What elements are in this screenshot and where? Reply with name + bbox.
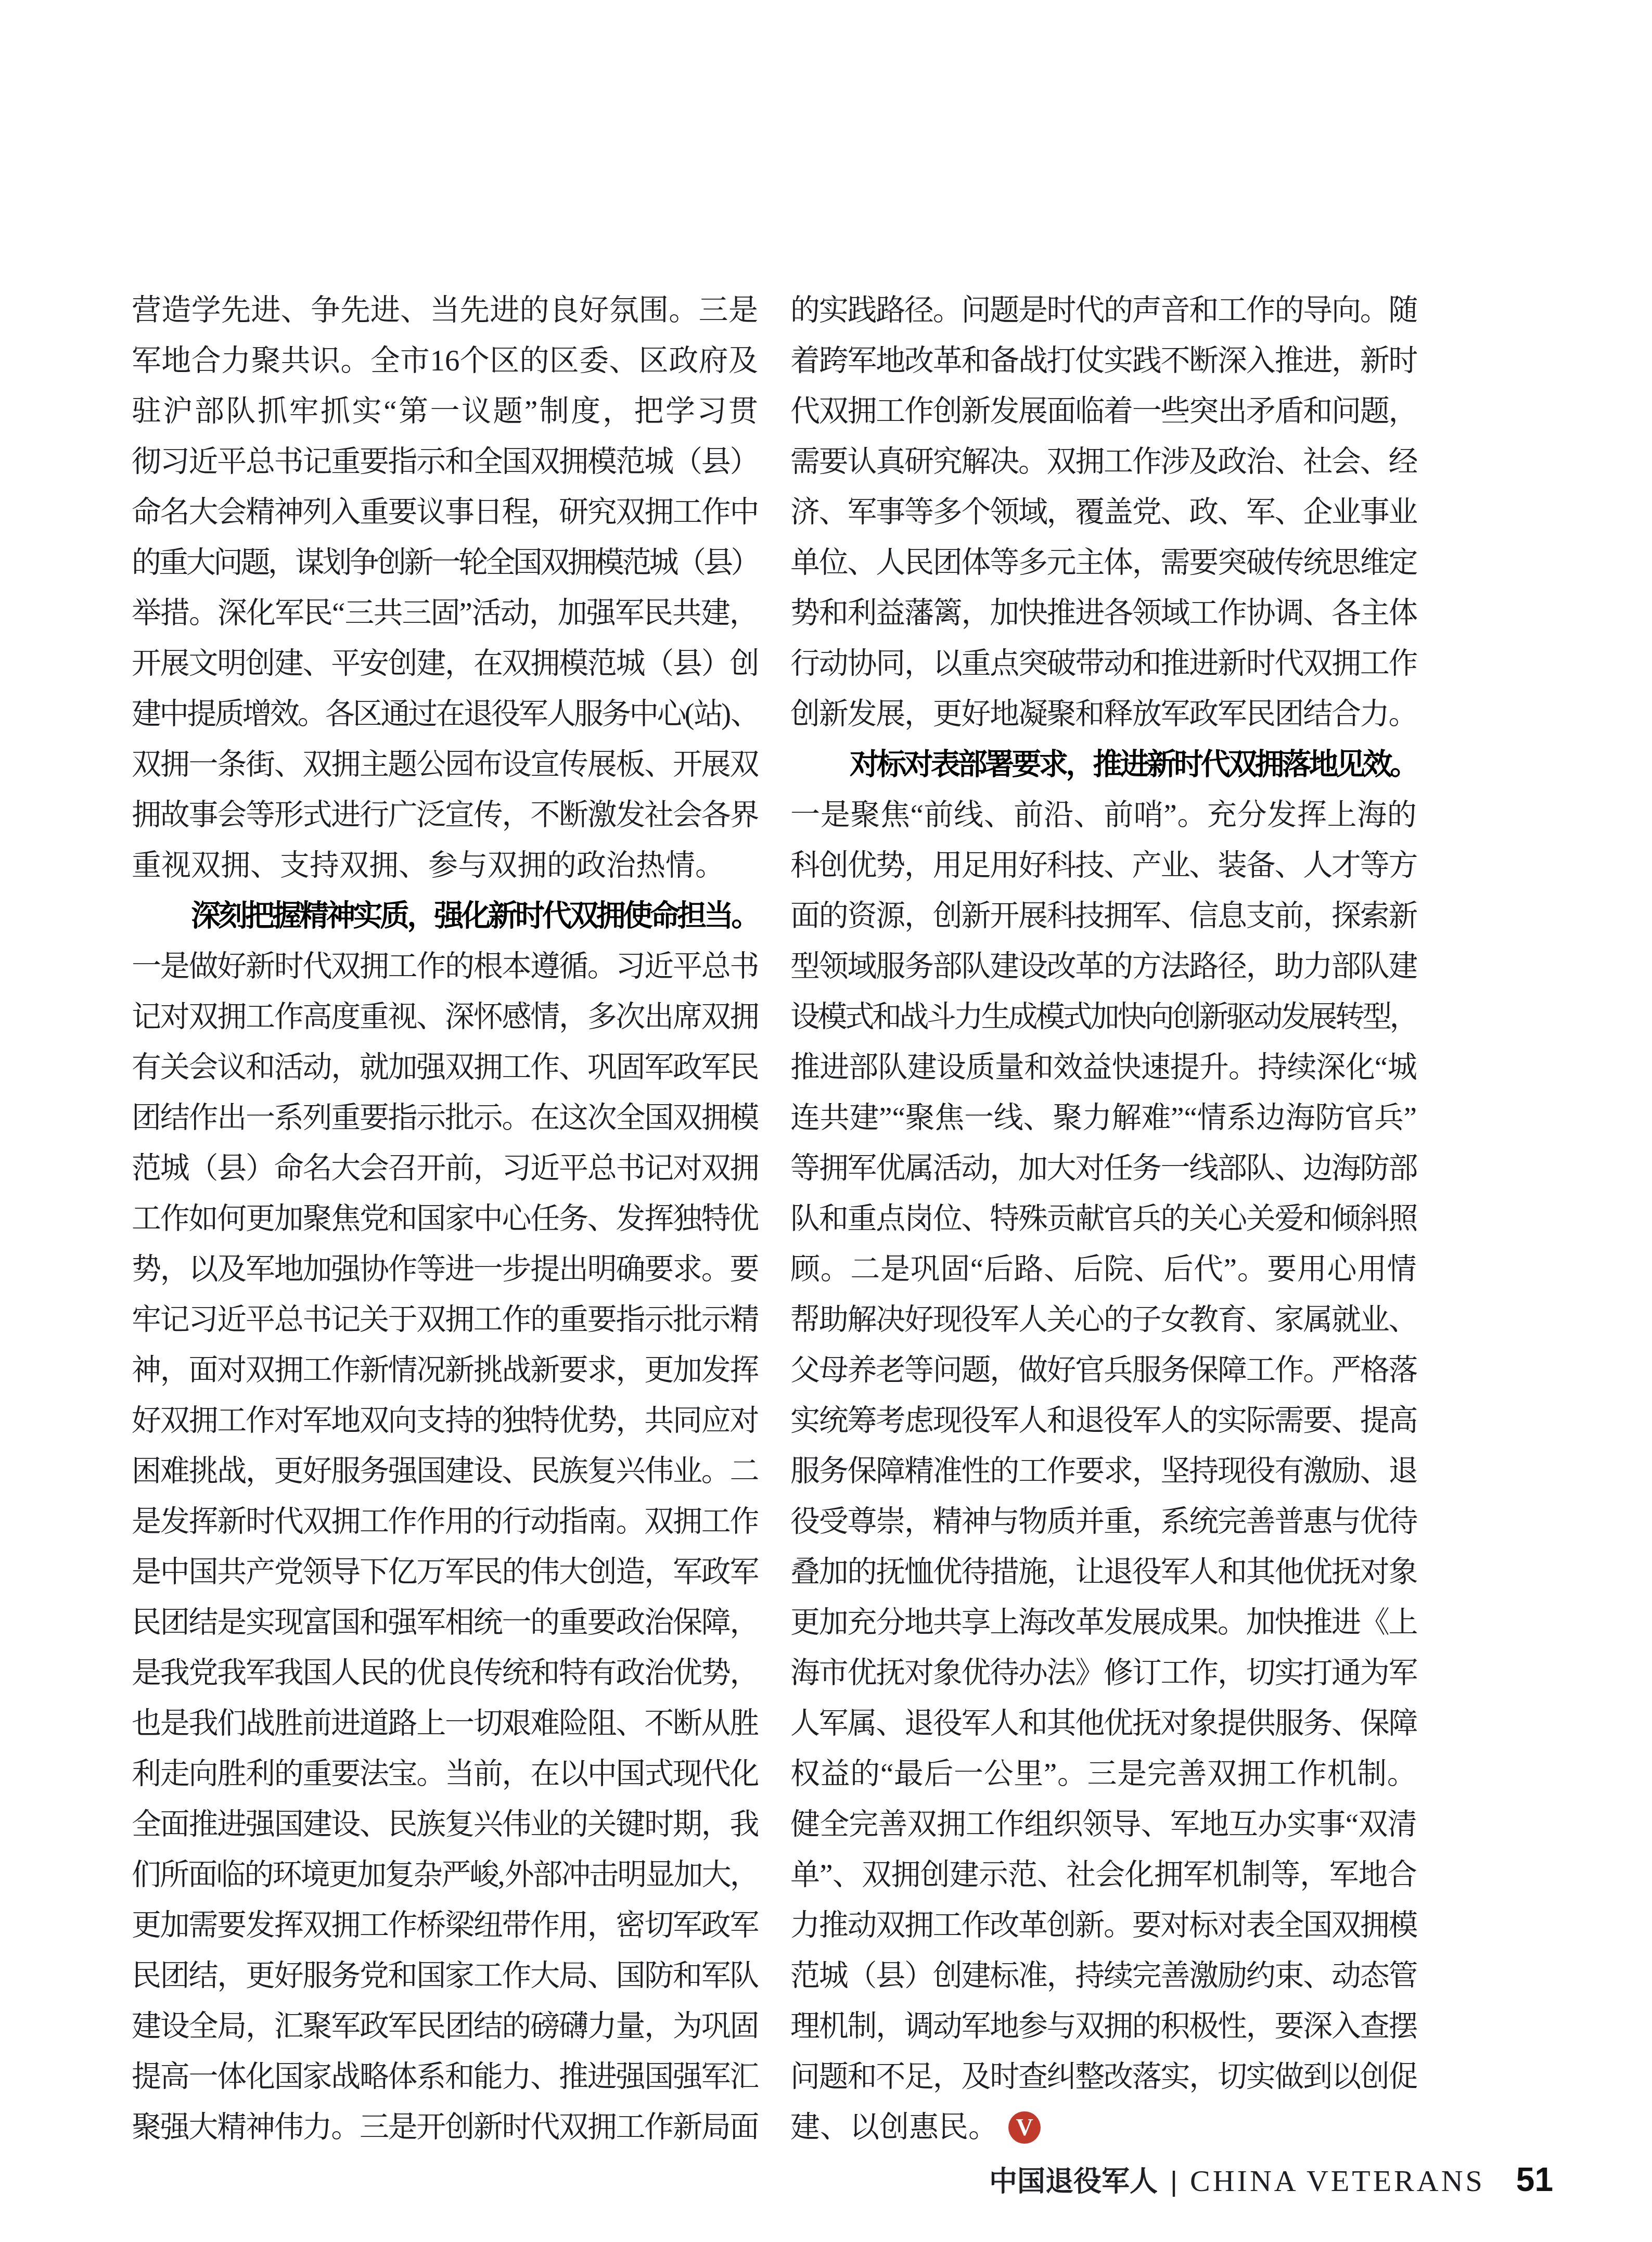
body-text-line: 问题和不足，及时查纠整改落实，切实做到以创促: [790, 2052, 1417, 2102]
body-text-line: 健全完善双拥工作组织领导、军地互办实事“双清: [790, 1799, 1417, 1850]
body-text-line: 理机制，调动军地参与双拥的积极性，要深入查摆: [790, 2001, 1417, 2052]
paragraph-lead-heading-line: 对标对表部署要求，推进新时代双拥落地见效。: [790, 739, 1417, 790]
body-text-line: 双拥一条街、双拥主题公园布设宣传展板、开展双: [132, 739, 758, 790]
magazine-title-en: CHINA VETERANS: [1190, 2163, 1485, 2198]
body-text-line: 实统筹考虑现役军人和退役军人的实际需要、提高: [790, 1395, 1417, 1446]
body-text-line: 是发挥新时代双拥工作作用的行动指南。双拥工作: [132, 1496, 758, 1547]
body-text-line: 重视双拥、支持双拥、参与双拥的政治热情。: [132, 840, 758, 891]
body-text-line: 民团结，更好服务党和国家工作大局、国防和军队: [132, 1951, 758, 2001]
body-text-line: 是中国共产党领导下亿万军民的伟大创造，军政军: [132, 1547, 758, 1597]
body-text-line: 全面推进强国建设、民族复兴伟业的关键时期，我: [132, 1799, 758, 1850]
body-text-line: 科创优势，用足用好科技、产业、装备、人才等方: [790, 840, 1417, 891]
body-text-line: 也是我们战胜前进道路上一切艰难险阻、不断从胜: [132, 1698, 758, 1749]
article-column-right: 的实践路径。问题是时代的声音和工作的导向。随着跨军地改革和备战打仗实践不断深入推…: [790, 285, 1417, 2153]
body-text-line: 神，面对双拥工作新情况新挑战新要求，更加发挥: [132, 1345, 758, 1395]
body-text-line: 力推动双拥工作改革创新。要对标对表全国双拥模: [790, 1900, 1417, 1951]
body-text-line: 需要认真研究解决。双拥工作涉及政治、社会、经: [790, 437, 1417, 487]
body-text-line: 举措。深化军民“三共三固”活动，加强军民共建，: [132, 588, 758, 638]
body-text-line: 聚强大精神伟力。三是开创新时代双拥工作新局面: [132, 2102, 758, 2153]
body-text-line: 困难挑战，更好服务强国建设、民族复兴伟业。二: [132, 1446, 758, 1496]
magazine-page: 营造学先进、争先进、当先进的良好氛围。三是军地合力聚共识。全市16个区的区委、区…: [0, 0, 1652, 2242]
body-text-line: 军地合力聚共识。全市16个区的区委、区政府及: [132, 336, 758, 386]
body-text-line: 人军属、退役军人和其他优抚对象提供服务、保障: [790, 1698, 1417, 1749]
body-text-line: 父母养老等问题，做好官兵服务保障工作。严格落: [790, 1345, 1417, 1395]
body-text-line: 牢记习近平总书记关于双拥工作的重要指示批示精: [132, 1295, 758, 1345]
body-text-line: 面的资源，创新开展科技拥军、信息支前，探索新: [790, 891, 1417, 941]
body-text-line: 营造学先进、争先进、当先进的良好氛围。三是: [132, 285, 758, 336]
footer-separator: |: [1170, 2166, 1177, 2198]
body-text-line: 驻沪部队抓牢抓实“第一议题”制度，把学习贯: [132, 386, 758, 437]
body-text-line: 推进部队建设质量和效益快速提升。持续深化“城: [790, 1042, 1417, 1093]
body-text-line: 设模式和战斗力生成模式加快向创新驱动发展转型，: [790, 992, 1417, 1042]
body-text-line: 们所面临的环境更加复杂严峻,外部冲击明显加大，: [132, 1850, 758, 1900]
body-text-line: 型领域服务部队建设改革的方法路径，助力部队建: [790, 941, 1417, 992]
page-footer: 中国退役军人 | CHINA VETERANS 51: [989, 2159, 1553, 2199]
body-text-line: 代双拥工作创新发展面临着一些突出矛盾和问题，: [790, 386, 1417, 437]
body-text-line: 是我党我军我国人民的优良传统和特有政治优势，: [132, 1648, 758, 1698]
body-text-line: 范城（县）创建标准，持续完善激励约束、动态管: [790, 1951, 1417, 2001]
body-text-line: 建中提质增效。各区通过在退役军人服务中心(站)、: [132, 689, 758, 739]
body-text-line: 势和利益藩篱，加快推进各领域工作协调、各主体: [790, 588, 1417, 638]
body-text-line: 海市优抚对象优待办法》修订工作，切实打通为军: [790, 1648, 1417, 1698]
body-text-line: 行动协同，以重点突破带动和推进新时代双拥工作: [790, 638, 1417, 689]
body-text-line: 拥故事会等形式进行广泛宣传，不断激发社会各界: [132, 790, 758, 840]
body-text-line: 队和重点岗位、特殊贡献官兵的关心关爱和倾斜照: [790, 1194, 1417, 1244]
body-text-line: 建、以创惠民。V: [790, 2102, 1417, 2153]
body-text-line: 单”、双拥创建示范、社会化拥军机制等，军地合: [790, 1850, 1417, 1900]
body-text-line: 济、军事等多个领域，覆盖党、政、军、企业事业: [790, 487, 1417, 537]
body-text-line: 一是做好新时代双拥工作的根本遵循。习近平总书: [132, 941, 758, 992]
body-text-line: 好双拥工作对军地双向支持的独特优势，共同应对: [132, 1395, 758, 1446]
body-text-line: 范城（县）命名大会召开前，习近平总书记对双拥: [132, 1143, 758, 1194]
body-text-line: 等拥军优属活动，加大对任务一线部队、边海防部: [790, 1143, 1417, 1194]
body-text-line: 更加充分地共享上海改革发展成果。加快推进《上: [790, 1597, 1417, 1648]
body-text-line: 帮助解决好现役军人关心的子女教育、家属就业、: [790, 1295, 1417, 1345]
body-text-line: 着跨军地改革和备战打仗实践不断深入推进，新时: [790, 336, 1417, 386]
body-text-line: 权益的“最后一公里”。三是完善双拥工作机制。: [790, 1749, 1417, 1799]
body-text-line: 的重大问题，谋划争创新一轮全国双拥模范城（县）: [132, 537, 758, 588]
body-text-line: 提高一体化国家战略体系和能力、推进强国强军汇: [132, 2052, 758, 2102]
article-column-left: 营造学先进、争先进、当先进的良好氛围。三是军地合力聚共识。全市16个区的区委、区…: [132, 285, 758, 2153]
body-text-line: 开展文明创建、平安创建，在双拥模范城（县）创: [132, 638, 758, 689]
body-text-line: 团结作出一系列重要指示批示。在这次全国双拥模: [132, 1093, 758, 1143]
body-text-line: 利走向胜利的重要法宝。当前，在以中国式现代化: [132, 1749, 758, 1799]
body-text-line: 势，以及军地加强协作等进一步提出明确要求。要: [132, 1244, 758, 1295]
body-text-line: 顾。二是巩固“后路、后院、后代”。要用心用情: [790, 1244, 1417, 1295]
page-number: 51: [1516, 2160, 1553, 2199]
body-text-line: 记对双拥工作高度重视、深怀感情，多次出席双拥: [132, 992, 758, 1042]
body-text-line: 的实践路径。问题是时代的声音和工作的导向。随: [790, 285, 1417, 336]
body-text-line: 工作如何更加聚焦党和国家中心任务、发挥独特优: [132, 1194, 758, 1244]
body-text-line: 服务保障精准性的工作要求，坚持现役有激励、退: [790, 1446, 1417, 1496]
body-text-line: 役受尊崇，精神与物质并重，系统完善普惠与优待: [790, 1496, 1417, 1547]
end-of-article-veterans-logo-icon: V: [1008, 2111, 1041, 2144]
body-text-line: 连共建”“聚焦一线、聚力解难”“情系边海防官兵”: [790, 1093, 1417, 1143]
body-text-line: 一是聚焦“前线、前沿、前哨”。充分发挥上海的: [790, 790, 1417, 840]
body-text-line: 创新发展，更好地凝聚和释放军政军民团结合力。: [790, 689, 1417, 739]
body-text-line: 单位、人民团体等多元主体，需要突破传统思维定: [790, 537, 1417, 588]
body-text-line: 叠加的抚恤优待措施，让退役军人和其他优抚对象: [790, 1547, 1417, 1597]
body-text-line: 建设全局，汇聚军政军民团结的磅礴力量，为巩固: [132, 2001, 758, 2052]
body-text-line: 命名大会精神列入重要议事日程，研究双拥工作中: [132, 487, 758, 537]
body-text-line: 彻习近平总书记重要指示和全国双拥模范城（县）: [132, 437, 758, 487]
magazine-title-cn: 中国退役军人: [989, 2159, 1158, 2199]
body-text-line: 更加需要发挥双拥工作桥梁纽带作用，密切军政军: [132, 1900, 758, 1951]
body-text-line: 民团结是实现富国和强军相统一的重要政治保障，: [132, 1597, 758, 1648]
paragraph-lead-heading-line: 深刻把握精神实质，强化新时代双拥使命担当。: [132, 891, 758, 941]
body-text-line: 有关会议和活动，就加强双拥工作、巩固军政军民: [132, 1042, 758, 1093]
